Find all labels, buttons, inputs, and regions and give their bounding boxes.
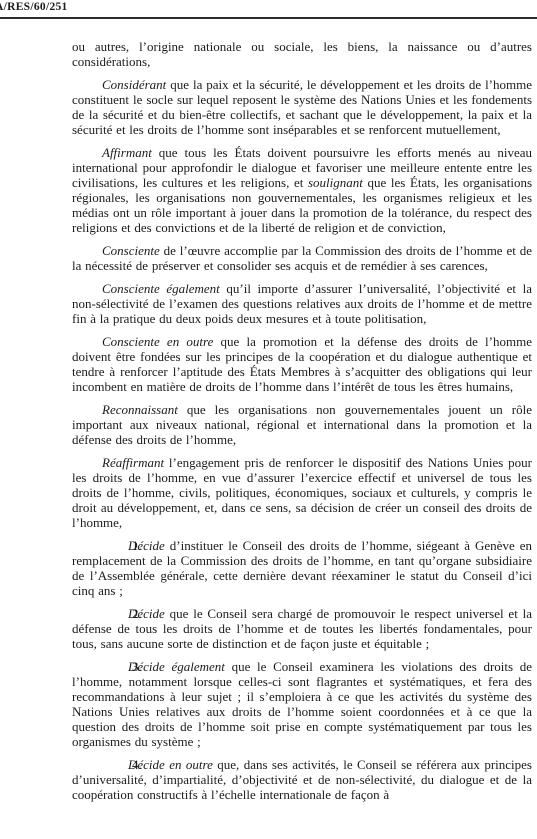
- paragraph-text: ou autres, l’origine nationale ou social…: [72, 39, 532, 69]
- paragraph-lead-word: Consciente également: [102, 281, 220, 296]
- paragraph-number: 4.: [102, 757, 128, 772]
- paragraph-lead-word: Affirmant: [102, 145, 152, 160]
- paragraph-number: 2.: [102, 606, 128, 621]
- paragraph-lead-word: Décide: [128, 606, 165, 621]
- paragraph: Considérant que la paix et la sécurité, …: [72, 77, 532, 137]
- paragraph: Consciente en outre que la promotion et …: [72, 334, 532, 394]
- paragraph-number: 1.: [102, 538, 128, 553]
- numbered-paragraph: 4.Décide en outre que, dans ses activité…: [72, 757, 532, 802]
- paragraph: Réaffirmant l’engagement pris de renforc…: [72, 455, 532, 530]
- paragraph-lead-word: Consciente en outre: [102, 334, 213, 349]
- document-body: ou autres, l’origine nationale ou social…: [72, 39, 532, 802]
- paragraph-lead-word: Reconnaissant: [102, 402, 178, 417]
- numbered-paragraph: 3.Décide également que le Conseil examin…: [72, 659, 532, 749]
- document-symbol: A/RES/60/251: [0, 1, 68, 13]
- paragraph-lead-word: Consciente: [102, 243, 160, 258]
- paragraph: Reconnaissant que les organisations non …: [72, 402, 532, 447]
- paragraph-lead-word: Décide également: [128, 659, 225, 674]
- paragraph-lead-word: Décide en outre: [128, 757, 213, 772]
- paragraph-lead-word: soulignant: [308, 175, 363, 190]
- paragraph: ou autres, l’origine nationale ou social…: [72, 39, 532, 69]
- paragraph-number: 3.: [102, 659, 128, 674]
- document-page: A/RES/60/251 ou autres, l’origine nation…: [0, 0, 537, 839]
- paragraph-lead-word: Réaffirmant: [102, 455, 164, 470]
- numbered-paragraph: 2.Décide que le Conseil sera chargé de p…: [72, 606, 532, 651]
- paragraph: Consciente de l’œuvre accomplie par la C…: [72, 243, 532, 273]
- paragraph-lead-word: Considérant: [102, 77, 166, 92]
- paragraph: Affirmant que tous les États doivent pou…: [72, 145, 532, 235]
- header-rule: [0, 17, 537, 19]
- paragraph: Consciente également qu’il importe d’ass…: [72, 281, 532, 326]
- paragraph-lead-word: Décide: [128, 538, 165, 553]
- numbered-paragraph: 1.Décide d’instituer le Conseil des droi…: [72, 538, 532, 598]
